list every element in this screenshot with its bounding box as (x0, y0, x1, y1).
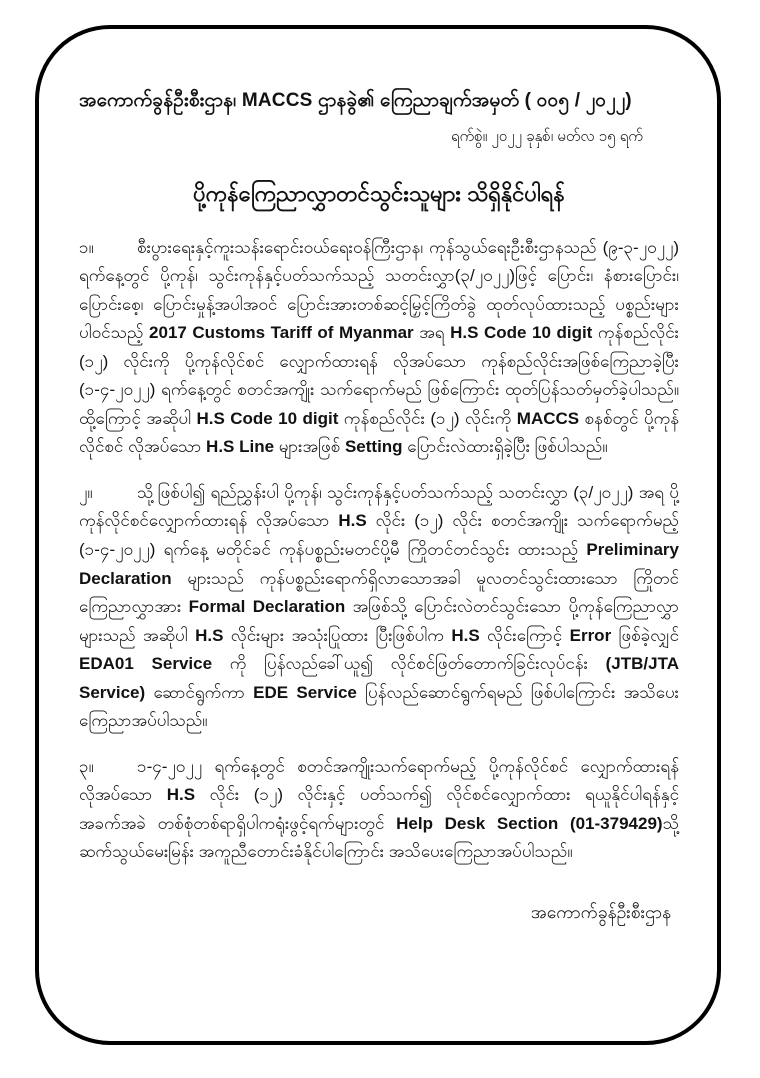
text-segment: ကို ပြန်လည်ခေါ်ယူ၍ လိုင်စင်ဖြတ်တောက်ခြင်… (212, 654, 606, 673)
bold-text-segment: H.S (338, 511, 366, 530)
bold-text-segment: MACCS (517, 409, 579, 428)
document-border-frame: အကောက်ခွန်ဦးစီးဌာန၊ MACCS ဌာနခွဲ၏ ကြေညာခ… (35, 25, 721, 1045)
text-segment: လိုင်းများ အသုံးပြုထား ပြီးဖြစ်ပါက (223, 626, 451, 645)
bold-text-segment: Setting (345, 437, 403, 456)
paragraph: ၂။သို့ဖြစ်ပါ၍ ရည်ညွှန်းပါ ပို့ကုန်၊ သွင်… (79, 479, 679, 736)
bold-text-segment: H.S Line (206, 437, 274, 456)
text-segment: ဖြစ်ခဲ့လျှင် (611, 626, 679, 645)
text-segment: လိုင်းကြောင့် (480, 626, 570, 645)
signature-line: အကောက်ခွန်ဦးစီးဌာန (79, 901, 679, 927)
text-segment: အရ (414, 323, 450, 342)
bold-text-segment: Help Desk Section (01-379429) (396, 814, 662, 833)
bold-text-segment: H.S Code 10 digit (450, 323, 592, 342)
text-segment: ကုန်စည်လိုင်း (၁၂) လိုင်းကို (338, 409, 516, 428)
announcement-number-line: အကောက်ခွန်ဦးစီးဌာန၊ MACCS ဌာနခွဲ၏ ကြေညာခ… (79, 87, 679, 115)
paragraph-number: ၂။ (79, 479, 137, 508)
date-line: ရက်စွဲ။ ၂၀၂၂ ခုနှစ်၊ မတ်လ ၁၅ ရက် (79, 127, 679, 149)
text-segment: ပြောင်းလဲထားရှိခဲ့ပြီး ဖြစ်ပါသည်။ (403, 437, 608, 456)
bold-text-segment: H.S (195, 626, 223, 645)
document-page: အကောက်ခွန်ဦးစီးဌာန၊ MACCS ဌာနခွဲ၏ ကြေညာခ… (0, 0, 760, 1078)
bold-text-segment: H.S (451, 626, 479, 645)
bold-text-segment: EDE Service (253, 683, 357, 702)
bold-text-segment: Error (570, 626, 612, 645)
paragraph: ၁။စီးပွားရေးနှင့်ကူးသန်းရောင်းဝယ်ရေးဝန်က… (79, 234, 679, 462)
text-segment: ဆောင်ရွက်ကာ (145, 683, 253, 702)
document-body: ၁။စီးပွားရေးနှင့်ကူးသန်းရောင်းဝယ်ရေးဝန်က… (79, 234, 679, 867)
paragraph: ၃။၁-၄-၂၀၂၂ ရက်နေ့တွင် စတင်အကျိုးသက်ရောက်… (79, 753, 679, 867)
bold-text-segment: 2017 Customs Tariff of Myanmar (149, 323, 414, 342)
text-segment: များအဖြစ် (274, 437, 345, 456)
paragraph-number: ၁။ (79, 234, 137, 263)
paragraph-number: ၃။ (79, 753, 137, 782)
bold-text-segment: H.S (167, 785, 195, 804)
bold-text-segment: H.S Code 10 digit (196, 409, 338, 428)
bold-text-segment: EDA01 Service (79, 654, 212, 673)
document-title: ပို့ကုန်ကြေညာလွှာတင်သွင်းသူများ သိရှိနို… (79, 179, 679, 212)
bold-text-segment: Formal Declaration (189, 597, 346, 616)
